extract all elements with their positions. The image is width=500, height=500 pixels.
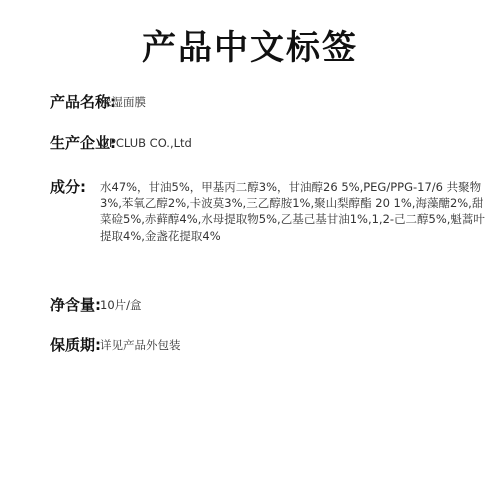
manufacturer-value: GPCLUB CO.,Ltd [100,135,192,151]
shelf-life-value: 详见产品外包装 [100,337,181,353]
shelf-life-label: 保质期: [50,335,101,355]
net-content-value: 10片/盒 [100,297,142,313]
page-title: 产品中文标签 [0,28,500,68]
net-content-label: 净含量: [50,295,101,315]
ingredients-value: 水47%，甘油5%，甲基丙二醇3%，甘油醇26 5%,PEG/PPG-17/6 … [100,179,492,244]
product-name-value: 保湿面膜 [100,94,146,110]
ingredients-label: 成分: [50,177,86,197]
